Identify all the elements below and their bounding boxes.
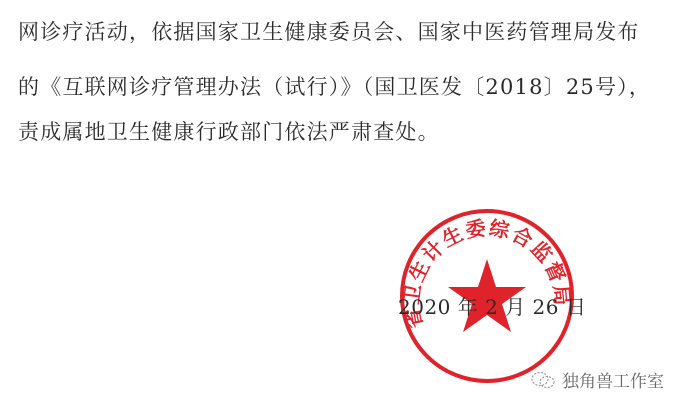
wechat-icon [530, 371, 556, 389]
body-text-line-1: 网诊疗活动，依据国家卫生健康委员会、国家中医药管理局发布 [18, 16, 640, 46]
watermark: 独角兽工作室 [530, 367, 664, 392]
body-text-line-3: 责成属地卫生健康行政部门依法严肃查处。 [18, 116, 440, 146]
watermark-label: 独角兽工作室 [562, 367, 664, 392]
body-text-line-2: 的《互联网诊疗管理办法（试行）》（国卫医发〔2018〕25号）， [18, 71, 651, 101]
document-date: 2020 年 2 月 26 日 [398, 291, 586, 320]
